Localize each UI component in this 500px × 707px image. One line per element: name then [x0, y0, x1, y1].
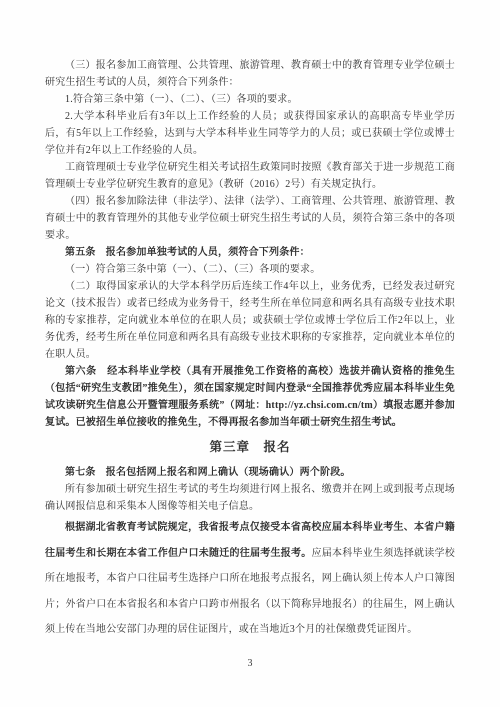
para-article-6: 第六条 经本科毕业学校（具有开展推免工作资格的高校）选拔并确认资格的推免生（包括… — [45, 363, 455, 431]
document-page: （三）报名参加工商管理、公共管理、旅游管理、教育硕士中的教育管理专业学位硕士研究… — [0, 0, 500, 707]
text-run: （二）取得国家承认的大学本科学历后连续工作4年以上，业务优秀，已经发表过研究论文… — [45, 281, 455, 360]
text-run: 1.符合第三条中第（一）、（二）、（三）各项的要求。 — [65, 94, 298, 105]
text-run: 应届本科毕业生须选择就读学校所在地报考，本省户口往届考生选择户口所在地报考点报名… — [45, 548, 455, 636]
text-run: （四）报名参加除法律（非法学）、法律（法学）、工商管理、公共管理、旅游管理、教育… — [45, 196, 455, 241]
text-run: 第七条 报名包括网上报名和网上确认（现场确认）两个阶段。 — [65, 467, 351, 478]
text-run: （三）报名参加工商管理、公共管理、旅游管理、教育硕士中的教育管理专业学位硕士研究… — [45, 60, 455, 88]
para-clause-4: （四）报名参加除法律（非法学）、法律（法学）、工商管理、公共管理、旅游管理、教育… — [45, 193, 455, 244]
para-online-registration: 所有参加硕士研究生招生考试的考生均须进行网上报名、缴费并在网上或到报考点现场确认… — [45, 481, 455, 515]
text-run: 2.大学本科毕业后有3年以上工作经验的人员；或获得国家承认的高职高专毕业学历后，… — [45, 111, 455, 156]
para-article-7: 第七条 报名包括网上报名和网上确认（现场确认）两个阶段。 — [45, 464, 455, 481]
para-article-5-item-2: （二）取得国家承认的大学本科学历后连续工作4年以上，业务优秀，已经发表过研究论文… — [45, 278, 455, 363]
text-run: 第三章 报名 — [209, 440, 290, 454]
text-run: 第六条 经本科毕业学校（具有开展推免工作资格的高校）选拔并确认资格的推免生（包括… — [45, 366, 455, 428]
heading-chapter-3: 第三章 报名 — [45, 437, 455, 457]
text-run: 所有参加硕士研究生招生考试的考生均须进行网上报名、缴费并在网上或到报考点现场确认… — [45, 484, 455, 512]
para-article-5-item-1: （一）符合第三条中第（一）、（二）、（三）各项的要求。 — [45, 261, 455, 278]
para-hubei-regulation: 根据湖北省教育考试院规定，我省报考点仅接受本省高校应届本科毕业考生、本省户籍往届… — [45, 515, 455, 643]
para-item-1: 1.符合第三条中第（一）、（二）、（三）各项的要求。 — [45, 91, 455, 108]
text-run: 工商管理硕士专业学位研究生相关考试招生政策同时按照《教育部关于进一步规范工商管理… — [45, 162, 455, 190]
para-item-2: 2.大学本科毕业后有3年以上工作经验的人员；或获得国家承认的高职高专毕业学历后，… — [45, 108, 455, 159]
para-article-5: 第五条 报名参加单独考试的人员，须符合下列条件： — [45, 244, 455, 261]
para-clause-3: （三）报名参加工商管理、公共管理、旅游管理、教育硕士中的教育管理专业学位硕士研究… — [45, 57, 455, 91]
text-run: （一）符合第三条中第（一）、（二）、（三）各项的要求。 — [65, 264, 320, 275]
page-number: 3 — [0, 658, 500, 669]
para-mba-policy: 工商管理硕士专业学位研究生相关考试招生政策同时按照《教育部关于进一步规范工商管理… — [45, 159, 455, 193]
text-run: 第五条 报名参加单独考试的人员，须符合下列条件： — [65, 247, 310, 258]
document-content: （三）报名参加工商管理、公共管理、旅游管理、教育硕士中的教育管理专业学位硕士研究… — [45, 57, 455, 643]
